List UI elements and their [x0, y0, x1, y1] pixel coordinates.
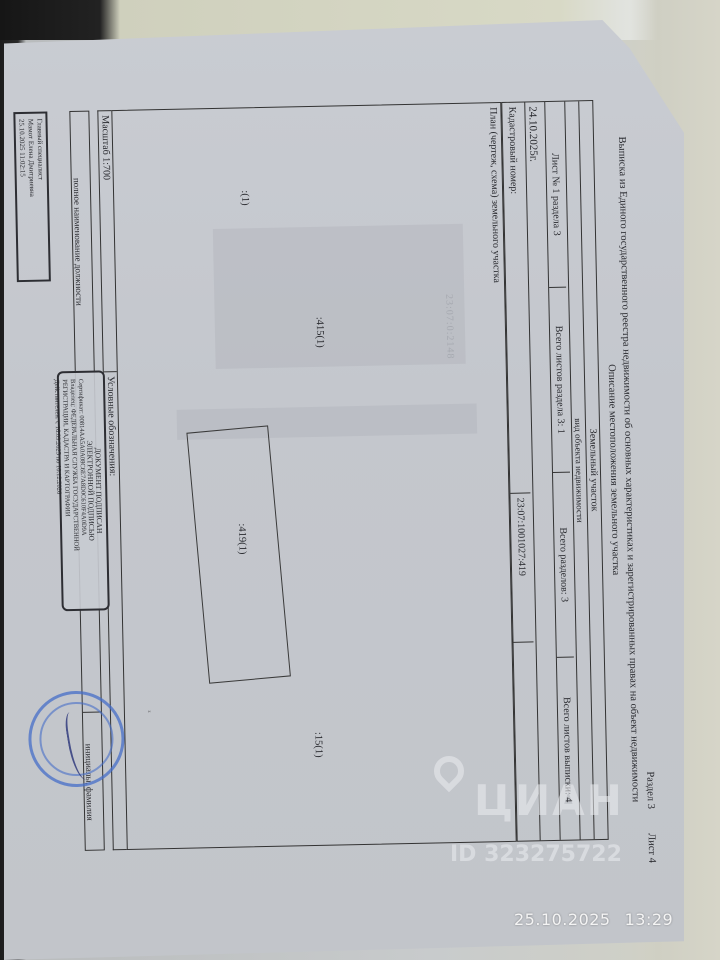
parcel-label-419: :419(1)	[236, 523, 248, 554]
parcel-label-415: :415(1)	[314, 317, 326, 348]
sheet-label: Лист 4	[646, 833, 658, 863]
timestamp-date: 25.10.2025	[514, 910, 611, 929]
camera-timestamp: 25.10.202513:29	[514, 910, 673, 929]
plan-label: План (чертеж, схема) земельного участка	[487, 107, 502, 283]
land-plan: План (чертеж, схема) земельного участка …	[111, 102, 516, 850]
position-caption: полное наименование должности	[70, 112, 93, 372]
extract-document: Выписка из Единого государственного реес…	[66, 59, 653, 891]
cadastral-number-value: 23:07:1001027:419	[510, 492, 533, 642]
parcel-label-15: :15(1)	[312, 732, 324, 758]
total-sections: Всего разделов: 3	[553, 472, 574, 657]
sheet-no-in-section: Лист № 1 раздела 3	[545, 102, 566, 287]
section-label: Раздел 3	[644, 771, 656, 809]
issuer-stamp: Главный специалист Мамот Елена Дмитриевн…	[13, 111, 51, 282]
timestamp-time: 13:29	[625, 910, 674, 929]
neighbor-area-shade	[213, 224, 466, 369]
total-sheets-section: Всего листов раздела 3: 1	[549, 287, 570, 472]
watermark-brand: ЦИАН	[474, 776, 624, 825]
e-signature-block: ДОКУМЕНТ ПОДПИСАН ЭЛЕКТРОННОЙ ПОДПИСЬЮ С…	[57, 370, 110, 611]
plan-mark: ᶻ	[144, 710, 153, 712]
plan-ghost-number: 23:07:0:2148	[443, 294, 455, 360]
parcel-label-neighbor: :(1)	[239, 190, 250, 205]
watermark-listing-id: ID 323275722	[450, 842, 622, 867]
header-table: Земельный участок вид объекта недвижимос…	[501, 100, 608, 842]
